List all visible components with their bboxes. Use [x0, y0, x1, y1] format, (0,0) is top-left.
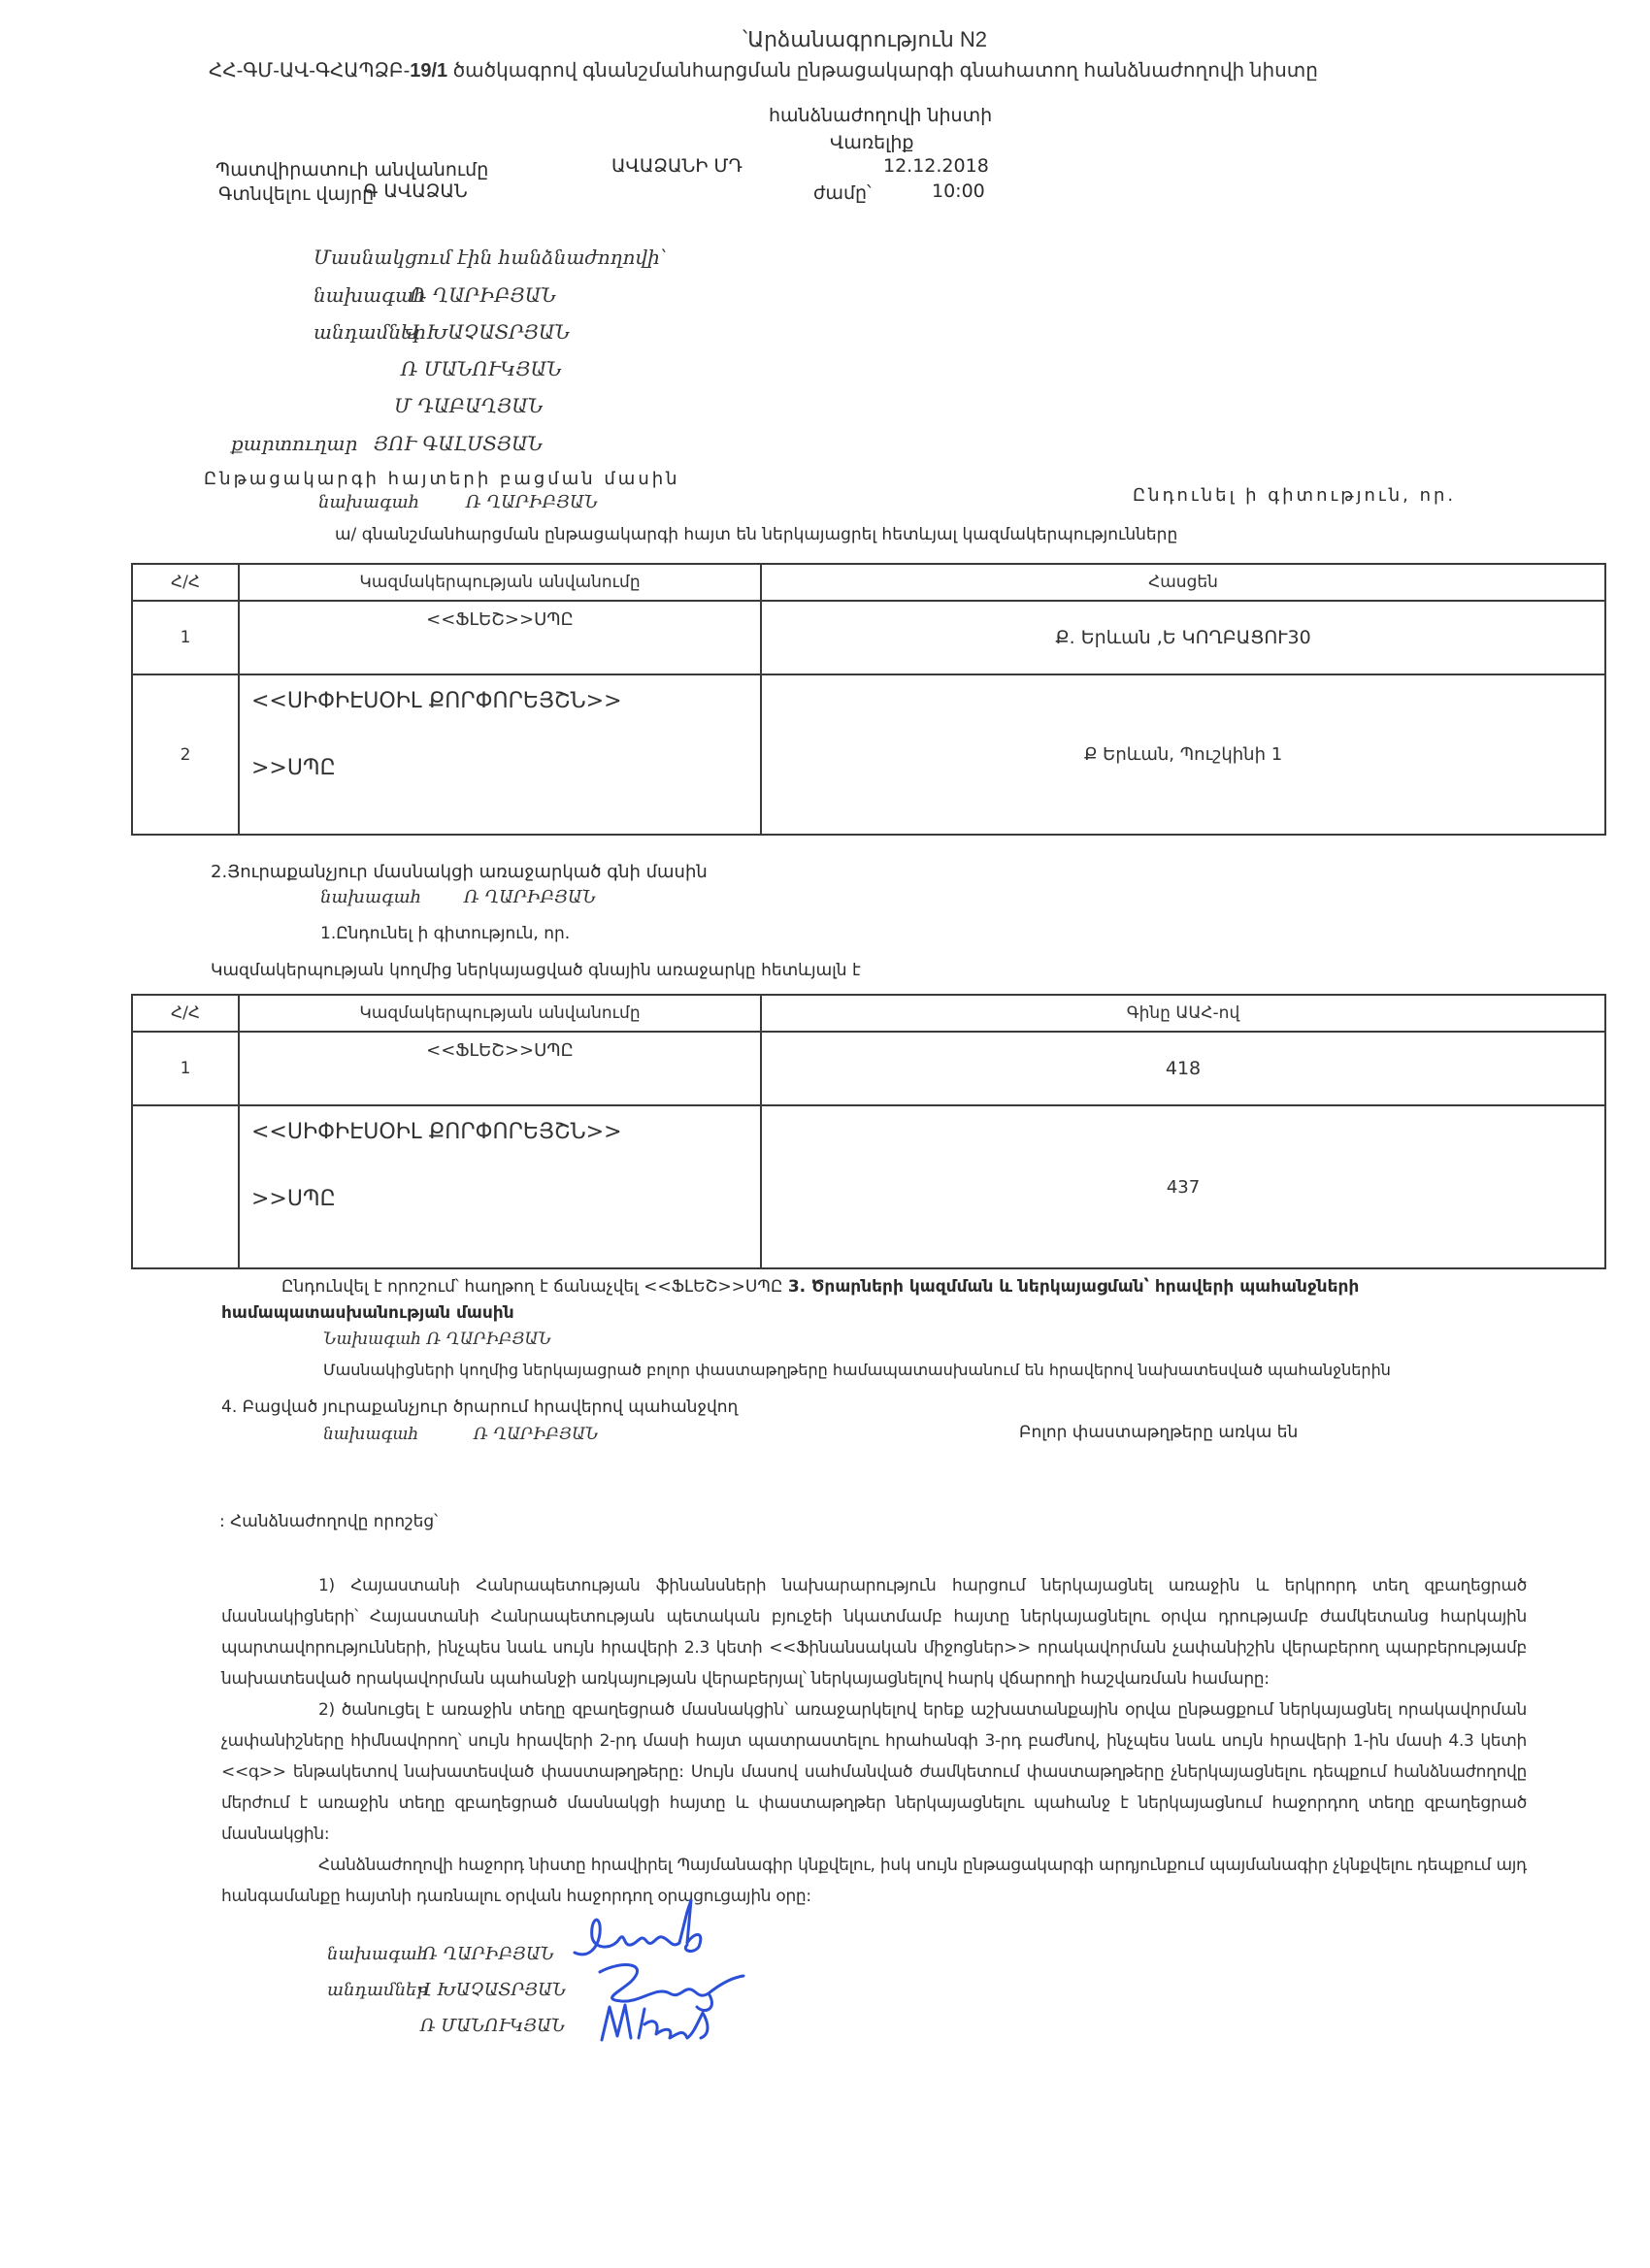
section3-chair-label: Նախագահ	[323, 1330, 421, 1349]
section2-title: 2.Յուրաքանչյուր մասնակցի առաջարկած գնի մ…	[211, 862, 708, 882]
section2-chair-label: նախագահ	[320, 887, 421, 907]
customer-label: Պատվիրատուի անվանումը	[215, 159, 488, 181]
col-header-address: Հասցեն	[761, 564, 1605, 601]
resolution-heading: : Հանձնաժողովը որոշեց՝	[219, 1512, 438, 1531]
section1-chair-name: Ռ ՂԱՐԻԲՅԱՆ	[466, 492, 598, 512]
table-header-row: Հ/Հ Կազմակերպության անվանումը Հասցեն	[132, 564, 1605, 601]
org-address: Ք Երևան, Պուշկինի 1	[761, 674, 1605, 835]
procurement-code: ՀՀ-ԳՄ-ԱՎ-ԳՀԱՊՁԲ-	[209, 60, 410, 82]
col-header-name: Կազմակերպության անվանումը	[239, 995, 761, 1032]
section2-sub: Կազմակերպության կողմից ներկայացված գնայի…	[211, 961, 861, 980]
sig-members-label: անդամներ	[327, 1980, 428, 2000]
section1-sub: ա/ գնանշմանհարցման ընթացակարգի հայտ են ն…	[335, 525, 1177, 544]
winner-text: Ընդունվել է որոշում՝ հաղթող է ճանաչվել <…	[281, 1277, 782, 1297]
member-name: Վ ԽԱՉԱՏՐՅԱՆ	[405, 320, 570, 344]
section4-chair-name: Ռ ՂԱՐԻԲՅԱՆ	[474, 1425, 598, 1444]
table-row: 1 <<ՖԼԵՇ>>ՍՊԸ Ք. Երևան ,Ե ԿՈՂԲԱՑՈՒ30	[132, 601, 1605, 674]
org-name-cell: <<ՍԻՓԻԷՍՕԻԼ ՔՈՐՓՈՐԵՅՇՆ>> >>ՍՊԸ	[239, 1105, 761, 1268]
sig-member-name: Ռ ՄԱՆՈՒԿՅԱՆ	[420, 2016, 565, 2036]
col-header-num: Հ/Հ	[132, 564, 239, 601]
member-name: Մ ԴԱԲԱՂՅԱՆ	[394, 394, 544, 417]
org-name: <<ՖԼԵՇ>>ՍՊԸ	[239, 1032, 761, 1105]
section2-decision: 1.Ընդունել ի գիտություն, որ.	[320, 924, 570, 943]
session-subject: Վառելիք	[830, 132, 913, 153]
document-title: ՀՀ-ԳՄ-ԱՎ-ԳՀԱՊՁԲ-19/1 ծածկագրով գնանշմանհ…	[209, 58, 1318, 82]
org-name: <<ՍԻՓԻԷՍՕԻԼ ՔՈՐՓՈՐԵՅՇՆ>>	[251, 689, 760, 713]
row-num: 1	[132, 1032, 239, 1105]
section4-chair-label: նախագահ	[323, 1425, 418, 1444]
participants-intro: Մասնակցում էին հանձնաժողովի՝	[313, 246, 667, 269]
location-value: Գ ԱՎԱՁԱՆ	[364, 181, 468, 202]
table-row: 2 <<ՍԻՓԻԷՍՕԻԼ ՔՈՐՓՈՐԵՅՇՆ>> >>ՍՊԸ Ք Երևան…	[132, 674, 1605, 835]
handwritten-signatures	[563, 1892, 776, 2057]
section3-text: Մասնակիցների կողմից ներկայացրած բոլոր փա…	[323, 1361, 1391, 1379]
section1-title: Ընթացակարգի հայտերի բացման մասին	[204, 469, 680, 489]
appendix-title: ՝Արձանագրություն N2	[742, 27, 987, 52]
section3-chair-name: Ռ ՂԱՐԻԲՅԱՆ	[426, 1330, 550, 1349]
org-name-suffix: >>ՍՊԸ	[251, 1187, 760, 1211]
secretary-label: քարտուղար	[231, 432, 357, 455]
price-value: 418	[761, 1032, 1605, 1105]
price-value: 437	[761, 1105, 1605, 1268]
time-label: ժամը՝	[813, 182, 872, 204]
session-label: հանձնաժողովի նիստի	[769, 105, 992, 126]
title-rest: ծածկագրով գնանշմանհարցման ընթացակարգի գն…	[453, 60, 1318, 82]
col-header-price: Գինը ԱԱՀ-ով	[761, 995, 1605, 1032]
section4-title: 4. Բացված յուրաքանչյուր ծրարում հրավերով…	[221, 1397, 738, 1417]
secretary-name: ՅՈՒ ԳԱԼՍՏՅԱՆ	[374, 432, 543, 455]
sig-member-name: Վ ԽԱՉԱՏՐՅԱՆ	[417, 1980, 566, 2000]
time-value: 10:00	[932, 181, 985, 202]
org-name-suffix: >>ՍՊԸ	[251, 756, 760, 780]
sig-chair-name: Ռ ՂԱՐԻԲՅԱՆ	[422, 1944, 554, 1964]
row-num: 2	[132, 674, 239, 835]
org-name: <<ՍԻՓԻԷՍՕԻԼ ՔՈՐՓՈՐԵՅՇՆ>>	[251, 1120, 760, 1144]
customer-value: ԱՎԱՁԱՆԻ ՄԴ	[611, 155, 742, 177]
col-header-name: Կազմակերպության անվանումը	[239, 564, 761, 601]
org-name: <<ՖԼԵՇ>>ՍՊԸ	[239, 601, 761, 674]
table-header-row: Հ/Հ Կազմակերպության անվանումը Գինը ԱԱՀ-ո…	[132, 995, 1605, 1032]
col-header-num: Հ/Հ	[132, 995, 239, 1032]
org-address: Ք. Երևան ,Ե ԿՈՂԲԱՑՈՒ30	[761, 601, 1605, 674]
section1-decision: Ընդունել ի գիտություն, որ.	[1133, 485, 1456, 506]
table-row: 1 <<ՖԼԵՇ>>ՍՊԸ 418	[132, 1032, 1605, 1105]
section3-title: 3. Ծրարների կազմման և ներկայացման՝ հրավե…	[788, 1277, 1360, 1297]
resolution-point-2: 2) ծանուցել է առաջին տեղը զբաղեցրած մասն…	[221, 1694, 1527, 1850]
section1-chair-label: նախագահ	[318, 492, 419, 512]
section3-chair: Նախագահ Ռ ՂԱՐԻԲՅԱՆ	[323, 1330, 551, 1349]
row-num	[132, 1105, 239, 1268]
org-name-cell: <<ՍԻՓԻԷՍՕԻԼ ՔՈՐՓՈՐԵՅՇՆ>> >>ՍՊԸ	[239, 674, 761, 835]
table-row: <<ՍԻՓԻԷՍՕԻԼ ՔՈՐՓՈՐԵՅՇՆ>> >>ՍՊԸ 437	[132, 1105, 1605, 1268]
section3-title-cont: համապատասխանության մասին	[221, 1303, 514, 1323]
bidders-table: Հ/Հ Կազմակերպության անվանումը Հասցեն 1 <…	[131, 563, 1606, 836]
row-num: 1	[132, 601, 239, 674]
resolution-body: 1) Հայաստանի Հանրապետության ֆինանսների ն…	[221, 1570, 1527, 1912]
chair-name: Ռ ՂԱՐԻԲՅԱՆ	[410, 283, 556, 307]
session-date: 12.12.2018	[883, 155, 989, 177]
sig-chair-label: նախագահ	[327, 1944, 428, 1964]
resolution-next-session: Հանձնաժողովի հաջորդ նիստը հրավիրել Պայմա…	[221, 1850, 1527, 1912]
winner-statement: Ընդունվել է որոշում՝ հաղթող է ճանաչվել <…	[281, 1277, 1359, 1297]
prices-table: Հ/Հ Կազմակերպության անվանումը Գինը ԱԱՀ-ո…	[131, 994, 1606, 1269]
location-label: Գտնվելու վայրը	[218, 183, 374, 205]
resolution-point-1: 1) Հայաստանի Հանրապետության ֆինանսների ն…	[221, 1570, 1527, 1694]
section4-text: Բոլոր փաստաթղթերը առկա են	[1019, 1423, 1298, 1442]
procurement-code-number: 19/1	[410, 60, 447, 82]
section2-chair-name: Ռ ՂԱՐԻԲՅԱՆ	[464, 887, 596, 907]
member-name: Ռ ՄԱՆՈՒԿՅԱՆ	[401, 357, 562, 380]
